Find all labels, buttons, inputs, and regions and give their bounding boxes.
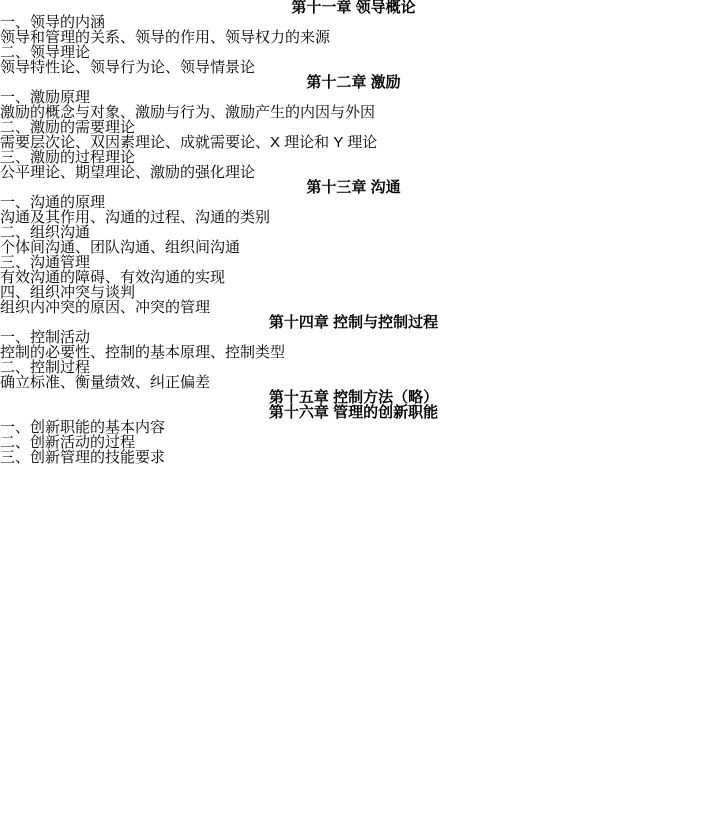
section-heading: 二、组织沟通 [0,225,707,240]
section-heading: 四、组织冲突与谈判 [0,285,707,300]
section-heading: 一、沟通的原理 [0,195,707,210]
section-heading: 一、控制活动 [0,330,707,345]
section-detail: 确立标准、衡量绩效、纠正偏差 [0,375,707,390]
section-heading: 三、激励的过程理论 [0,150,707,165]
chapter-title: 第十二章 激励 [0,75,707,90]
section-heading: 一、领导的内涵 [0,15,707,30]
section-detail: 领导特性论、领导行为论、领导情景论 [0,60,707,75]
section-detail: 公平理论、期望理论、激励的强化理论 [0,165,707,180]
chapter-title: 第十六章 管理的创新职能 [0,405,707,420]
section-heading: 二、控制过程 [0,360,707,375]
chapter-title: 第十四章 控制与控制过程 [0,315,707,330]
section-heading: 二、激励的需要理论 [0,120,707,135]
section-detail: 沟通及其作用、沟通的过程、沟通的类别 [0,210,707,225]
chapter-title: 第十三章 沟通 [0,180,707,195]
section-heading: 一、创新职能的基本内容 [0,420,707,435]
section-heading: 三、创新管理的技能要求 [0,450,707,465]
section-detail: 控制的必要性、控制的基本原理、控制类型 [0,345,707,360]
section-heading: 一、激励原理 [0,90,707,105]
section-detail: 个体间沟通、团队沟通、组织间沟通 [0,240,707,255]
section-detail: 有效沟通的障碍、有效沟通的实现 [0,270,707,285]
section-detail: 需要层次论、双因素理论、成就需要论、X 理论和 Y 理论 [0,135,707,150]
section-detail: 领导和管理的关系、领导的作用、领导权力的来源 [0,30,707,45]
section-heading: 三、沟通管理 [0,255,707,270]
chapter-title: 第十五章 控制方法（略） [0,390,707,405]
document-page: 第十一章 领导概论 一、领导的内涵 领导和管理的关系、领导的作用、领导权力的来源… [0,0,707,823]
chapter-title: 第十一章 领导概论 [0,0,707,15]
section-detail: 组织内冲突的原因、冲突的管理 [0,300,707,315]
section-heading: 二、领导理论 [0,45,707,60]
section-heading: 二、创新活动的过程 [0,435,707,450]
section-detail: 激励的概念与对象、激励与行为、激励产生的内因与外因 [0,105,707,120]
